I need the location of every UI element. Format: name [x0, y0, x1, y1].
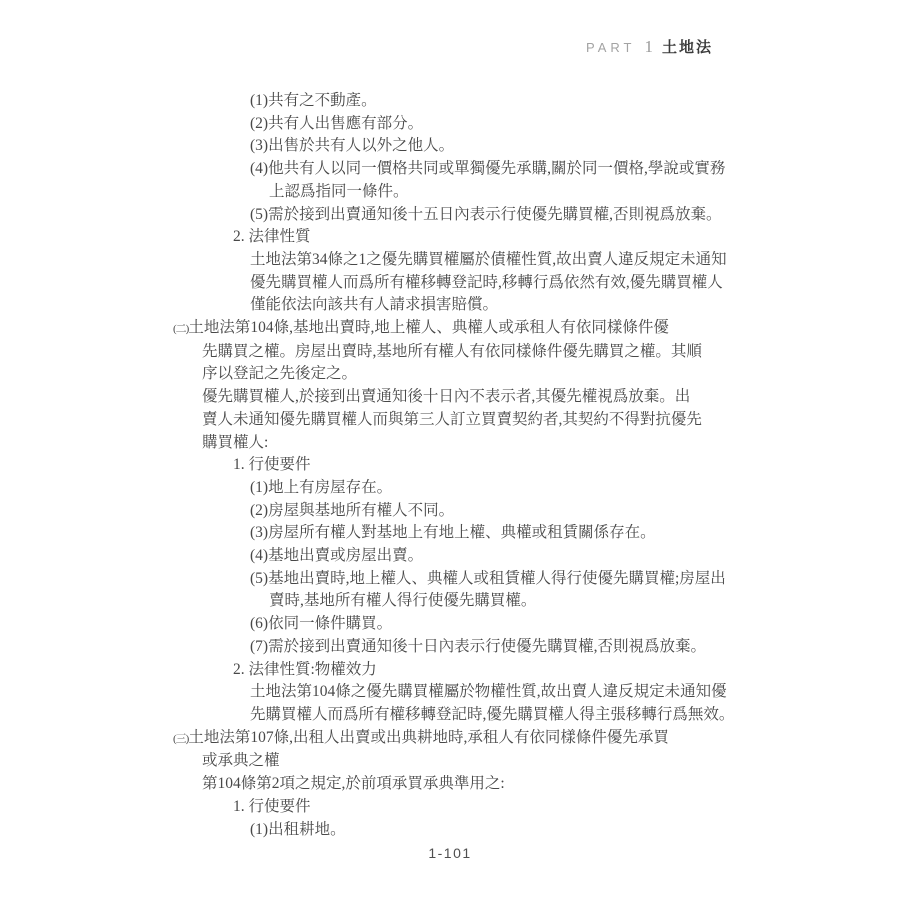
- list-item: 1. 行使要件: [233, 454, 793, 477]
- list-marker: (2): [250, 115, 268, 132]
- text: 優先購買權人,於接到出賣通知後十日內不表示者,其優先權視爲放棄。出 賣人未通知優…: [202, 388, 702, 450]
- list-item: (1)共有之不動產。: [250, 90, 793, 113]
- list-marker: (三): [173, 733, 188, 745]
- page-footer: 1-101: [0, 845, 900, 863]
- list-marker: 2.: [233, 228, 249, 245]
- list-item: (3)房屋所有權人對基地上有地上權、典權或租賃關係存在。: [250, 522, 793, 545]
- list-item: (7)需於接到出賣通知後十日內表示行使優先購買權,否則視爲放棄。: [250, 636, 793, 659]
- list-marker: (2): [250, 502, 268, 519]
- part-title: 土地法: [662, 36, 713, 57]
- text: 土地法第104條,基地出賣時,地上權人、典權人或承租人有依同樣條件優 先購買之權…: [188, 319, 702, 382]
- paragraph: 優先購買權人,於接到出賣通知後十日內不表示者,其優先權視爲放棄。出 賣人未通知優…: [202, 386, 793, 454]
- list-marker: 2.: [233, 661, 249, 678]
- list-marker: (5): [250, 570, 268, 587]
- paragraph: 土地法第104條之優先購買權屬於物權性質,故出賣人違反規定未通知優 先購買權人而…: [250, 681, 793, 726]
- page-number: 1-101: [428, 845, 471, 861]
- text: 土地法第107條,出租人出賣或出典耕地時,承租人有依同樣條件優先承買 或承典之權: [188, 729, 669, 770]
- text: 地上有房屋存在。: [268, 479, 392, 496]
- list-marker: (5): [250, 206, 268, 223]
- list-marker: (二): [173, 323, 188, 335]
- part-number: 1: [644, 37, 653, 57]
- list-marker: 1.: [233, 798, 249, 815]
- text: 出售於共有人以外之他人。: [268, 137, 454, 154]
- text: 第104條第2項之規定,於前項承買承典準用之:: [202, 775, 505, 792]
- text: 共有之不動產。: [268, 92, 377, 109]
- text: 需於接到出賣通知後十日內表示行使優先購買權,否則視爲放棄。: [268, 638, 706, 655]
- section-paragraph: (三)土地法第107條,出租人出賣或出典耕地時,承租人有依同樣條件優先承買 或承…: [173, 727, 793, 773]
- list-item: (3)出售於共有人以外之他人。: [250, 135, 793, 158]
- list-marker: (3): [250, 137, 268, 154]
- text: 基地出賣時,地上權人、典權人或租賃權人得行使優先購買權;房屋出 賣時,基地所有權…: [268, 570, 726, 610]
- list-marker: (3): [250, 524, 268, 541]
- text: 房屋所有權人對基地上有地上權、典權或租賃關係存在。: [268, 524, 656, 541]
- list-marker: (4): [250, 160, 268, 177]
- list-marker: (6): [250, 615, 268, 632]
- list-item: (4)他共有人以同一價格共同或單獨優先承購,關於同一價格,學說或實務 上認爲指同…: [250, 158, 793, 203]
- list-item: (4)基地出賣或房屋出賣。: [250, 545, 793, 568]
- list-item: (5)基地出賣時,地上權人、典權人或租賃權人得行使優先購買權;房屋出 賣時,基地…: [250, 568, 793, 613]
- text: 土地法第34條之1之優先購買權屬於債權性質,故出賣人違反規定未通知 優先購買權人…: [250, 251, 727, 313]
- paragraph: 第104條第2項之規定,於前項承買承典準用之:: [202, 773, 793, 796]
- list-item: (1)地上有房屋存在。: [250, 477, 793, 500]
- text: 行使要件: [249, 798, 311, 815]
- page-header: PART 1 土地法: [586, 36, 713, 57]
- list-marker: 1.: [233, 456, 249, 473]
- section-paragraph: (二)土地法第104條,基地出賣時,地上權人、典權人或承租人有依同樣條件優 先購…: [173, 317, 793, 386]
- text: 共有人出售應有部分。: [268, 115, 423, 132]
- list-item: 1. 行使要件: [233, 796, 793, 819]
- list-marker: (4): [250, 547, 268, 564]
- list-marker: (1): [250, 821, 268, 838]
- list-item: (2)共有人出售應有部分。: [250, 113, 793, 136]
- text: 他共有人以同一價格共同或單獨優先承購,關於同一價格,學說或實務 上認爲指同一條件…: [268, 160, 725, 200]
- list-marker: (7): [250, 638, 268, 655]
- text: 需於接到出賣通知後十五日內表示行使優先購買權,否則視爲放棄。: [268, 206, 721, 223]
- text: 法律性質: [249, 228, 311, 245]
- paragraph: 土地法第34條之1之優先購買權屬於債權性質,故出賣人違反規定未通知 優先購買權人…: [250, 249, 793, 317]
- text: 房屋與基地所有權人不同。: [268, 502, 454, 519]
- text: 基地出賣或房屋出賣。: [268, 547, 423, 564]
- text: 法律性質:物權效力: [249, 661, 377, 678]
- page-content: (1)共有之不動產。(2)共有人出售應有部分。(3)出售於共有人以外之他人。(4…: [173, 90, 793, 841]
- list-item: (1)出租耕地。: [250, 819, 793, 842]
- part-label: PART: [586, 40, 635, 55]
- text: 行使要件: [249, 456, 311, 473]
- list-marker: (1): [250, 92, 268, 109]
- list-item: 2. 法律性質: [233, 226, 793, 249]
- text: 出租耕地。: [268, 821, 346, 838]
- list-item: 2. 法律性質:物權效力: [233, 659, 793, 682]
- list-marker: (1): [250, 479, 268, 496]
- text: 依同一條件購買。: [268, 615, 392, 632]
- text: 土地法第104條之優先購買權屬於物權性質,故出賣人違反規定未通知優 先購買權人而…: [250, 683, 734, 723]
- list-item: (5)需於接到出賣通知後十五日內表示行使優先購買權,否則視爲放棄。: [250, 204, 793, 227]
- list-item: (2)房屋與基地所有權人不同。: [250, 500, 793, 523]
- list-item: (6)依同一條件購買。: [250, 613, 793, 636]
